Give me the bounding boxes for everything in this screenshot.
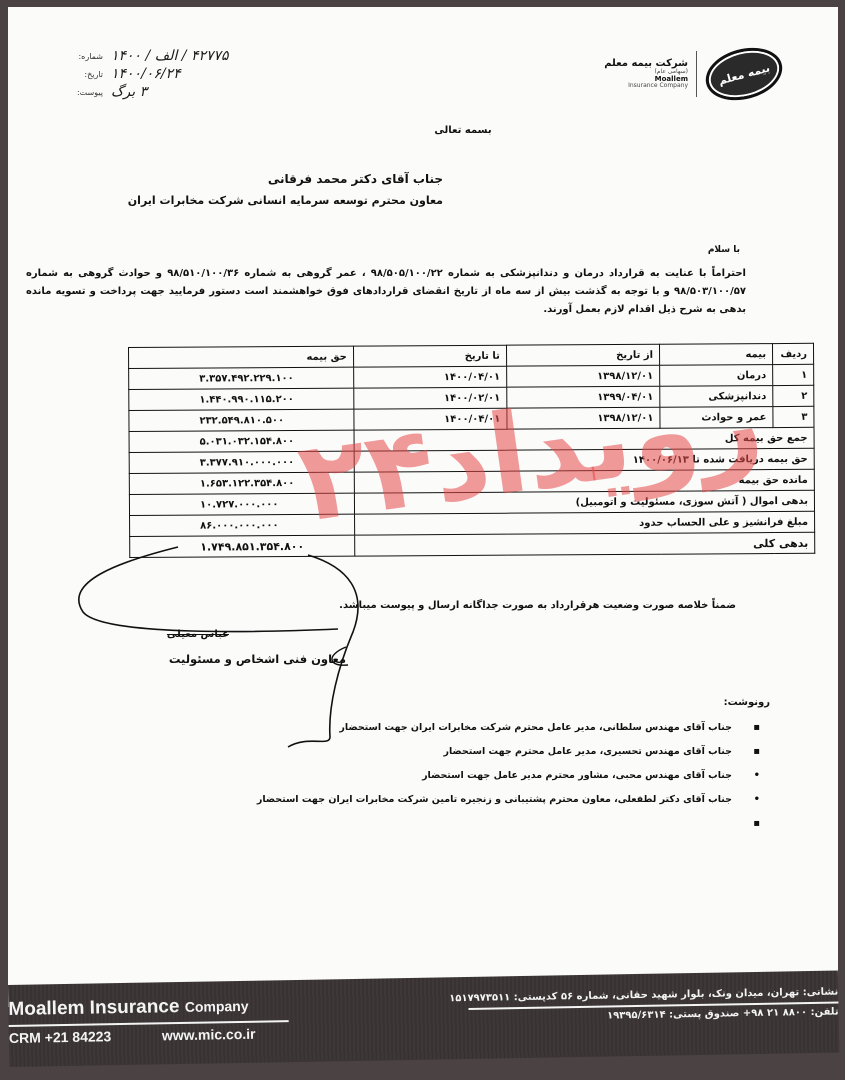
debt-table: ردیف بیمه از تاریخ تا تاریخ حق بیمه ۱ در… xyxy=(128,343,815,558)
addressee-title: معاون محترم توسعه سرمایه انسانی شرکت مخا… xyxy=(128,194,443,207)
insurance-type: دندانپزشکی xyxy=(660,386,773,408)
summary-row-total-debt: بدهی کلی ۱.۷۴۹.۸۵۱.۳۵۴.۸۰۰ xyxy=(130,532,815,557)
footer-phone-po: تلفن: ۸۸۰۰ ۲۱ ۹۸+ صندوق پستی: ۱۹۳۹۵/۶۳۱۴ xyxy=(607,1007,839,1022)
letterhead-footer: Moallem Insurance Company CRM +21 84223 … xyxy=(8,971,839,1067)
moallem-logo-icon: بیمه معلم xyxy=(700,40,788,108)
col-from-date: از تاریخ xyxy=(506,344,659,366)
premium-amount: ۲۳۲.۵۴۹.۸۱۰.۵۰۰ xyxy=(129,409,354,431)
summary-label: بدهی اموال ( آتش سوزی، مسئولیت و اتومبیل… xyxy=(354,490,814,514)
postnote: ضمناً خلاصه صورت وضعیت هرقرارداد به صورت… xyxy=(339,600,736,611)
meta-number-row: شماره: ۴۲۷۷۵ / الف / ۱۴۰۰ xyxy=(63,47,253,65)
insurance-type: عمر و حوادث xyxy=(660,407,773,429)
col-premium: حق بیمه xyxy=(129,346,354,368)
cc-item-text: جناب آقای مهندس تحسیری، مدیر عامل محترم … xyxy=(444,746,733,757)
to-date: ۱۴۰۰/۰۲/۰۱ xyxy=(353,387,506,409)
summary-value: ۱.۷۴۹.۸۵۱.۳۵۴.۸۰۰ xyxy=(130,535,355,557)
col-insurance: بیمه xyxy=(659,344,772,366)
insurance-type: درمان xyxy=(660,365,773,387)
logo-text: شرکت بیمه معلم (سهامی عام) Moallem Insur… xyxy=(604,59,688,89)
logo-divider xyxy=(696,51,697,97)
from-date: ۱۳۹۹/۰۴/۰۱ xyxy=(507,386,660,408)
footer-brand-main: Moallem Insurance xyxy=(8,996,179,1020)
logo-name-en-2: Insurance Company xyxy=(604,83,688,89)
row-number: ۱ xyxy=(773,364,814,385)
addressee-name: جناب آقای دکتر محمد فرقانی xyxy=(128,172,443,186)
document-page: شماره: ۴۲۷۷۵ / الف / ۱۴۰۰ تاریخ: ۱۴۰۰/۰۶… xyxy=(8,7,838,1007)
col-row-number: ردیف xyxy=(772,343,813,364)
cc-item-text: جناب آقای مهندس محبی، مشاور محترم مدیر ع… xyxy=(422,770,732,781)
meta-date-label: تاریخ: xyxy=(63,70,103,79)
row-number: ۳ xyxy=(773,406,814,427)
logo-glyph: بیمه معلم xyxy=(717,61,771,87)
summary-label: حق بیمه دریافت شده تا ۱۴۰۰/۰۶/۱۳ xyxy=(354,448,814,472)
footer-brand-company: Company xyxy=(185,998,249,1015)
from-date: ۱۳۹۸/۱۲/۰۱ xyxy=(507,407,660,429)
footer-website-link[interactable]: www.mic.co.ir xyxy=(162,1026,256,1044)
summary-value: ۱۰.۷۲۷.۰۰۰.۰۰۰ xyxy=(129,493,354,515)
cc-item: ▪جناب آقای مهندس تحسیری، مدیر عامل محترم… xyxy=(120,743,760,760)
meta-attachment-value: ۳ برگ xyxy=(111,84,147,100)
meta-number-value: ۴۲۷۷۵ / الف / ۱۴۰۰ xyxy=(111,48,229,64)
meta-date-row: تاریخ: ۱۴۰۰/۰۶/۲۴ xyxy=(63,65,253,83)
premium-amount: ۳.۳۵۷.۴۹۲.۲۲۹.۱۰۰ xyxy=(129,367,354,389)
signer-name: عباس معیلی xyxy=(167,629,229,640)
summary-value: ۸۶.۰۰۰.۰۰۰.۰۰۰ xyxy=(130,514,355,536)
footer-brand: Moallem Insurance Company xyxy=(8,995,248,1021)
from-date: ۱۳۹۸/۱۲/۰۱ xyxy=(506,365,659,387)
greeting: با سلام xyxy=(708,245,740,255)
meta-number-label: شماره: xyxy=(63,52,103,61)
signer-title: معاون فنی اشخاص و مسئولیت xyxy=(169,652,346,666)
company-logo-block: بیمه معلم شرکت بیمه معلم (سهامی عام) Moa… xyxy=(604,49,783,99)
cc-item: ▪جناب آقای مهندس سلطانی، مدیر عامل محترم… xyxy=(120,719,760,736)
summary-value: ۵.۰۳۱.۰۳۲.۱۵۴.۸۰۰ xyxy=(129,430,354,452)
bismillah-text: بسمه تعالی xyxy=(434,125,491,136)
cc-item: •جناب آقای دکتر لطفعلی، معاون محترم پشتی… xyxy=(120,791,760,808)
cc-item: •جناب آقای مهندس محبی، مشاور محترم مدیر … xyxy=(120,767,760,784)
summary-value: ۳.۳۷۷.۹۱۰.۰۰۰.۰۰۰ xyxy=(129,451,354,473)
to-date: ۱۴۰۰/۰۴/۰۱ xyxy=(353,366,506,388)
summary-label: بدهی کلی xyxy=(354,532,814,556)
bullet-icon: • xyxy=(754,767,760,784)
letter-body: احتراماً با عنایت به قرارداد درمان و دند… xyxy=(26,265,746,319)
cc-item-empty: ▪ xyxy=(120,815,760,825)
summary-label: مانده حق بیمه xyxy=(354,469,814,493)
bullet-icon: ▪ xyxy=(753,719,760,736)
cc-item-text: جناب آقای مهندس سلطانی، مدیر عامل محترم … xyxy=(339,722,732,733)
col-to-date: تا تاریخ xyxy=(353,345,506,367)
bismillah-heading: بسمه تعالی xyxy=(8,125,838,136)
cc-list: ▪جناب آقای مهندس سلطانی، مدیر عامل محترم… xyxy=(120,719,760,832)
bullet-icon: • xyxy=(754,791,760,808)
addressee: جناب آقای دکتر محمد فرقانی معاون محترم ت… xyxy=(128,172,443,207)
cc-item-text: جناب آقای دکتر لطفعلی، معاون محترم پشتیب… xyxy=(257,794,732,805)
footer-crm: CRM +21 84223 xyxy=(9,1028,112,1046)
row-number: ۲ xyxy=(773,385,814,406)
bullet-icon: ▪ xyxy=(753,815,760,832)
bullet-icon: ▪ xyxy=(753,743,760,760)
premium-amount: ۱.۴۴۰.۹۹۰.۱۱۵.۲۰۰ xyxy=(129,388,354,410)
meta-attachment-row: پیوست: ۳ برگ xyxy=(63,83,253,101)
summary-label: مبلغ فرانشیز و علی الحساب حدود xyxy=(354,511,814,535)
summary-value: ۱.۶۵۳.۱۲۲.۳۵۴.۸۰۰ xyxy=(129,472,354,494)
letter-meta: شماره: ۴۲۷۷۵ / الف / ۱۴۰۰ تاریخ: ۱۴۰۰/۰۶… xyxy=(63,47,253,101)
meta-date-value: ۱۴۰۰/۰۶/۲۴ xyxy=(111,66,181,82)
meta-attachment-label: پیوست: xyxy=(63,88,103,97)
cc-title: رونوشت: xyxy=(724,697,770,708)
to-date: ۱۴۰۰/۰۴/۰۱ xyxy=(354,408,507,430)
summary-label: جمع حق بیمه کل xyxy=(354,427,814,451)
